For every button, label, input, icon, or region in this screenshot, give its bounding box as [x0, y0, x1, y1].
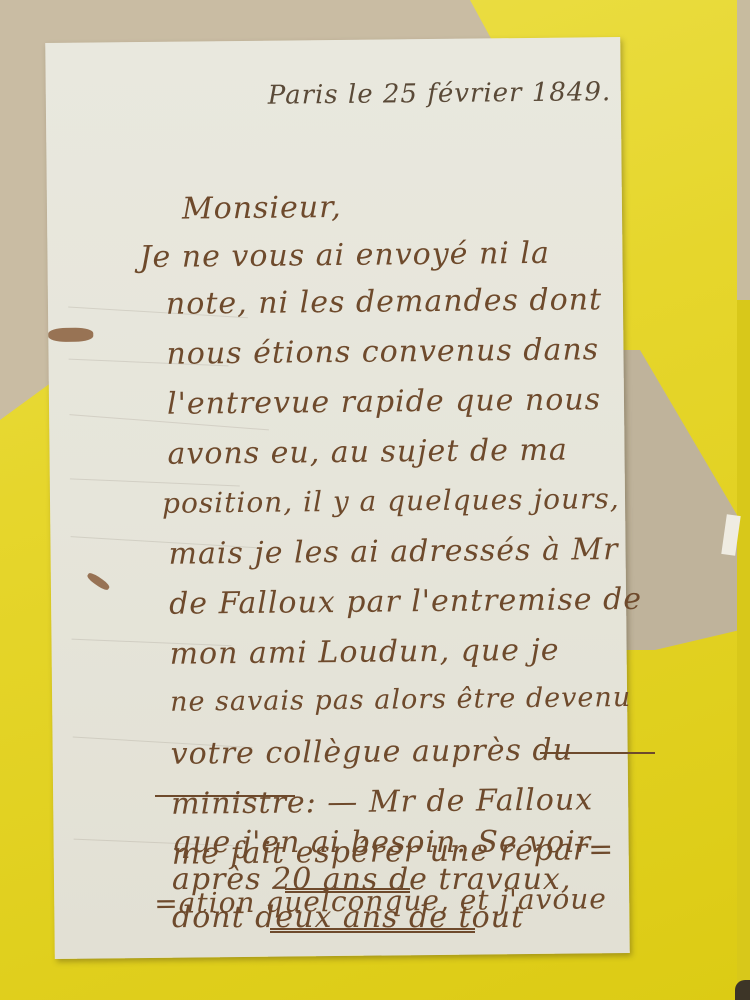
dateline: Paris le 25 février 1849.: [268, 77, 612, 111]
letter-sheet: Paris le 25 février 1849. Monsieur, Je n…: [45, 37, 630, 959]
letter-line: position, il y a quelques jours,: [162, 482, 620, 520]
letter-line: Je ne vous ai envoyé ni la: [139, 236, 550, 275]
letter-line: avons eu, au sujet de ma: [167, 433, 568, 472]
double-underline-20-ans: [285, 888, 410, 893]
underline-ation: [155, 795, 295, 797]
letter-line: l'entrevue rapide que nous: [167, 382, 601, 422]
letter-line: note, ni les demandes dont: [166, 282, 602, 322]
letter-line: votre collègue auprès du: [170, 733, 573, 772]
salutation: Monsieur,: [182, 190, 342, 227]
underline-reparation: [540, 752, 655, 754]
letter-line: de Falloux par l'entremise de: [169, 582, 642, 622]
letter-line: ministre: — Mr de Falloux: [171, 782, 593, 821]
letter-line: que j'en ai besoin. Se voir: [172, 825, 591, 860]
double-underline-deux-ans: [270, 928, 475, 933]
dark-corner-object: [735, 980, 750, 1000]
ink-mark: [86, 571, 111, 592]
right-edge-strip: [737, 0, 750, 1000]
ink-blot: [48, 328, 93, 342]
letter-line: mais je les ai adressés à Mr: [168, 532, 618, 572]
letter-line: ne savais pas alors être devenu: [170, 682, 631, 718]
letter-line: nous étions convenus dans: [166, 332, 599, 372]
letter-line: mon ami Loudun, que je: [169, 633, 559, 672]
